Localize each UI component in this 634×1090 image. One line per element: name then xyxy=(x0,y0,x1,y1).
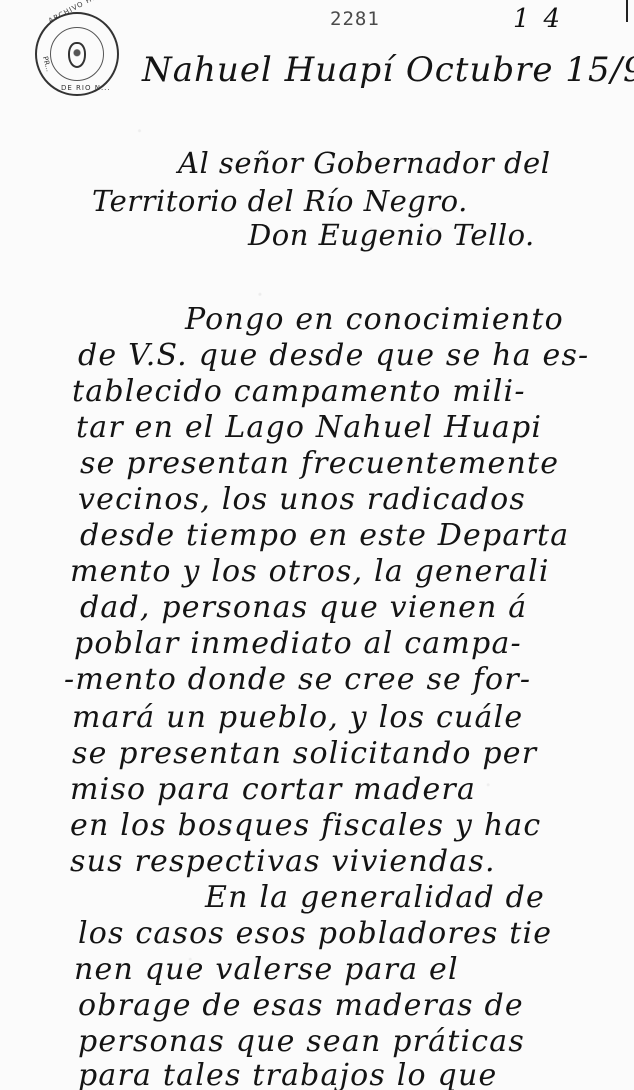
body-line: se presentan frecuentemente xyxy=(80,446,559,481)
body-line: -mento donde se cree se for- xyxy=(64,662,531,697)
address-line-3: Don Eugenio Tello. xyxy=(248,218,535,252)
body-line: En la generalidad de xyxy=(205,880,545,915)
body-line: poblar inmediato al campa- xyxy=(74,626,522,661)
body-line: desde tiempo en este Departa xyxy=(80,518,569,553)
place-date-heading: Nahuel Huapí Octubre 15/99 xyxy=(142,50,634,90)
address-line-2: Territorio del Río Negro. xyxy=(92,184,468,218)
body-line: mará un pueblo, y los cuále xyxy=(72,700,523,735)
page-edge-mark xyxy=(626,0,628,22)
document-number: 2281 xyxy=(330,8,380,30)
body-line: Pongo en conocimiento xyxy=(185,302,564,337)
folio-number: 14 xyxy=(513,4,574,34)
body-line: dad, personas que vienen á xyxy=(80,590,527,625)
body-line: para tales trabajos lo que xyxy=(78,1058,497,1090)
body-line: tablecido campamento mili- xyxy=(72,374,526,409)
body-line: nen que valerse para el xyxy=(74,952,459,987)
stamp-text-bottom: DE RIO N... xyxy=(61,84,111,92)
archive-seal-icon: ARCHIVO H... PR... DE RIO N... xyxy=(35,12,119,96)
stamp-emblem-icon xyxy=(68,42,86,68)
address-line-1: Al señor Gobernador del xyxy=(178,146,551,180)
body-line: personas que sean práticas xyxy=(78,1024,525,1059)
body-line: se presentan solicitando per xyxy=(72,736,537,771)
body-line: tar en el Lago Nahuel Huapi xyxy=(76,410,542,445)
body-line: sus respectivas viviendas. xyxy=(70,844,496,879)
body-line: en los bosques fiscales y hac xyxy=(70,808,541,843)
body-line: de V.S. que desde que se ha es- xyxy=(78,338,589,373)
document-page: ARCHIVO H... PR... DE RIO N... 2281 14 N… xyxy=(0,0,634,1090)
body-line: mento y los otros, la generali xyxy=(70,554,550,589)
body-line: vecinos, los unos radicados xyxy=(78,482,526,517)
body-line: obrage de esas maderas de xyxy=(78,988,524,1023)
body-line: los casos esos pobladores tie xyxy=(78,916,552,951)
body-line: miso para cortar madera xyxy=(70,772,476,807)
stamp-text-top: ARCHIVO H... xyxy=(47,0,102,25)
